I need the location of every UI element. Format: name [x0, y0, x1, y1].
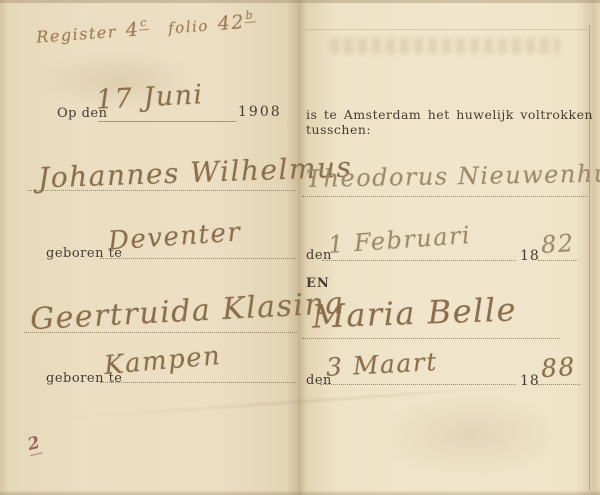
bride-birth-year: 88	[540, 352, 577, 383]
century-printed-groom: 18	[520, 248, 540, 264]
writing-line	[28, 172, 296, 191]
writing-line	[302, 320, 560, 339]
paper-top-shadow	[0, 0, 600, 3]
paper-bottom-shadow	[0, 490, 600, 495]
writing-line	[24, 314, 297, 333]
show-through-rule	[305, 29, 587, 30]
folio-number: 42	[217, 11, 246, 35]
marriage-statement: is te Amsterdam het huwelijk voltrokken …	[306, 107, 596, 137]
century-printed-bride: 18	[520, 373, 540, 389]
marriage-register-scan: Register 4c folio 42b Op den 17 Juni 190…	[0, 0, 600, 495]
page-edge	[589, 25, 590, 490]
show-through-text	[330, 38, 560, 54]
folio-superscript: b	[244, 8, 255, 23]
groom-birth-year: 82	[540, 229, 575, 259]
register-superscript: c	[139, 16, 150, 31]
bride-birth-date: 3 Maart	[325, 347, 438, 382]
writing-line	[302, 178, 588, 197]
folio-label: folio	[168, 17, 210, 38]
printed-year: 1908	[238, 104, 282, 120]
handwritten-wedding-date: 17 Juni	[95, 79, 204, 116]
